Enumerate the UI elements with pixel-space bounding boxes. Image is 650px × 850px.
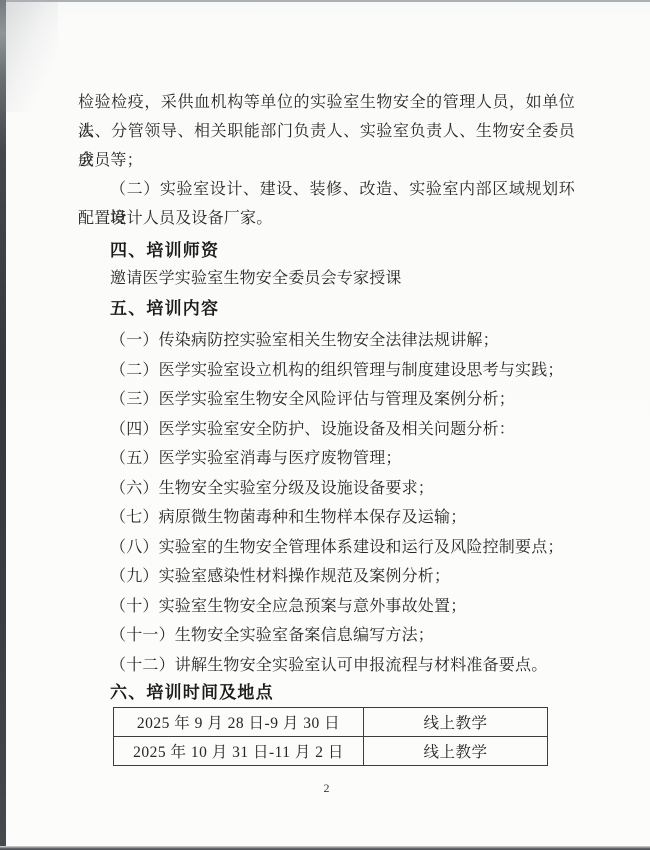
paragraph-item2: （二）实验室设计、建设、装修、改造、实验室内部区域规划环境 配置设计人员及设备厂… xyxy=(78,175,575,233)
list-item: （七）病原微生物菌毒种和生物样本保存及运输； xyxy=(78,503,575,533)
document-body: 检验检疫，采供血机构等单位的实验室生物安全的管理人员，如单位法 人、分管领导、相… xyxy=(78,88,575,796)
paragraph-line: 配置设计人员及设备厂家。 xyxy=(78,204,575,233)
list-item: （一）传染病防控实验室相关生物安全法律法规讲解； xyxy=(78,326,575,356)
scanned-document-page: 检验检疫，采供血机构等单位的实验室生物安全的管理人员，如单位法 人、分管领导、相… xyxy=(0,0,650,850)
training-content-list: （一）传染病防控实验室相关生物安全法律法规讲解； （二）医学实验室设立机构的组织… xyxy=(78,326,575,680)
paragraph-line: 成员等； xyxy=(78,146,575,175)
section-heading-content: 五、培训内容 xyxy=(78,296,575,322)
list-item: （四）医学实验室安全防护、设施设备及相关问题分析： xyxy=(78,415,575,445)
schedule-date-cell: 2025 年 10 月 31 日-11 月 2 日 xyxy=(114,737,364,766)
faculty-body: 邀请医学实验室生物安全委员会专家授课 xyxy=(78,264,575,293)
paragraph-line: （二）实验室设计、建设、装修、改造、实验室内部区域规划环境 xyxy=(78,175,575,204)
paragraph-continuation: 检验检疫，采供血机构等单位的实验室生物安全的管理人员，如单位法 人、分管领导、相… xyxy=(78,88,575,175)
list-item: （十二）讲解生物安全实验室认可申报流程与材料准备要点。 xyxy=(78,651,575,681)
section-heading-schedule: 六、培训时间及地点 xyxy=(78,680,575,706)
list-item: （九）实验室感染性材料操作规范及案例分析； xyxy=(78,562,575,592)
schedule-mode-cell: 线上教学 xyxy=(364,708,548,737)
scan-edge-left xyxy=(0,0,6,847)
scan-edge-top xyxy=(0,0,650,2)
section-heading-faculty: 四、培训师资 xyxy=(78,238,575,264)
list-item: （六）生物安全实验室分级及设施设备要求； xyxy=(78,474,575,504)
paragraph-line: 人、分管领导、相关职能部门负责人、实验室负责人、生物安全委员会 xyxy=(78,117,575,146)
paragraph-line: 检验检疫，采供血机构等单位的实验室生物安全的管理人员，如单位法 xyxy=(78,88,575,117)
schedule-mode-cell: 线上教学 xyxy=(364,737,548,766)
list-item: （五）医学实验室消毒与医疗废物管理； xyxy=(78,444,575,474)
table-row: 2025 年 9 月 28 日-9 月 30 日 线上教学 xyxy=(114,708,548,737)
list-item: （十一）生物安全实验室备案信息编写方法； xyxy=(78,621,575,651)
schedule-date-cell: 2025 年 9 月 28 日-9 月 30 日 xyxy=(114,708,364,737)
table-row: 2025 年 10 月 31 日-11 月 2 日 线上教学 xyxy=(114,737,548,766)
list-item: （三）医学实验室生物安全风险评估与管理及案例分析； xyxy=(78,385,575,415)
page-number: 2 xyxy=(78,781,575,796)
list-item: （十）实验室生物安全应急预案与意外事故处置； xyxy=(78,592,575,622)
scan-corner-shadow xyxy=(6,2,58,112)
list-item: （八）实验室的生物安全管理体系建设和运行及风险控制要点； xyxy=(78,533,575,563)
scan-edge-bottom xyxy=(0,846,650,850)
list-item: （二）医学实验室设立机构的组织管理与制度建设思考与实践； xyxy=(78,356,575,386)
schedule-table: 2025 年 9 月 28 日-9 月 30 日 线上教学 2025 年 10 … xyxy=(113,707,548,766)
